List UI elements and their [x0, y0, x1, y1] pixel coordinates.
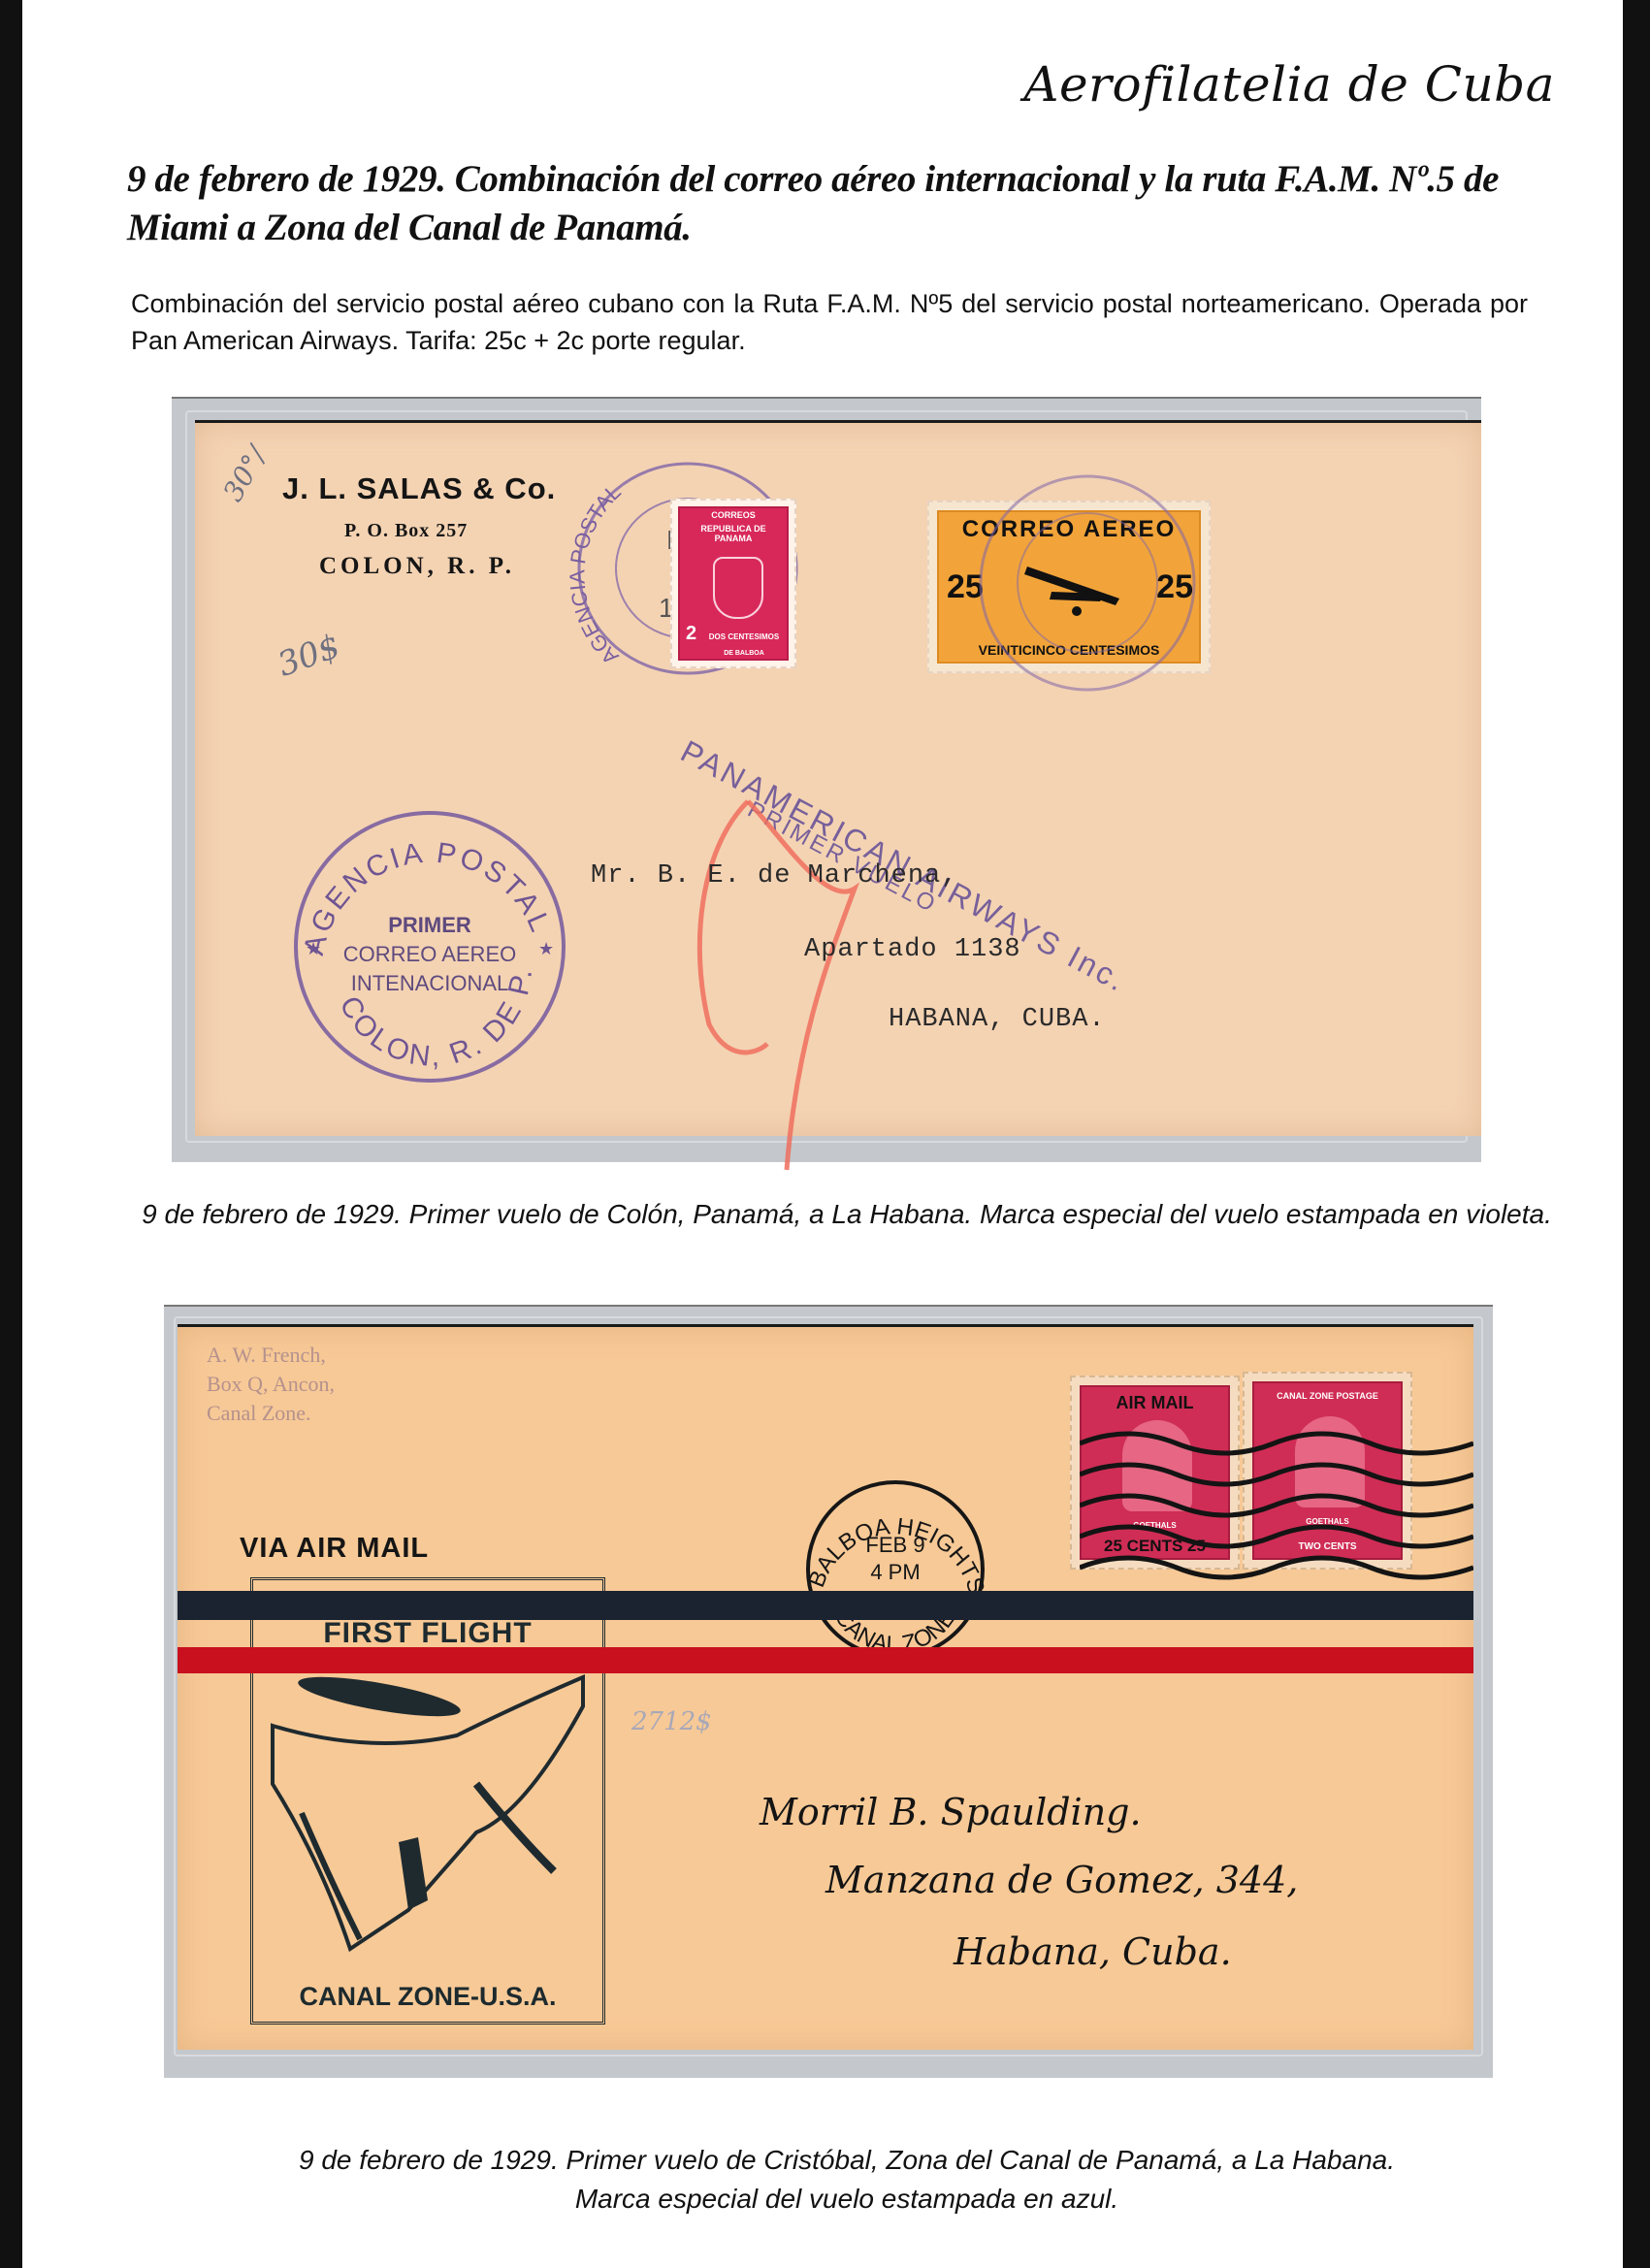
return-address: A. W. French, Box Q, Ancon, Canal Zone.: [207, 1341, 335, 1428]
airmail-stripe-red: [178, 1647, 1473, 1673]
return-address-line: A. W. French,: [207, 1341, 335, 1370]
addressee-line-2: Apartado 1138: [804, 935, 1021, 964]
cover1-envelope: 30°/ J. L. SALAS & Co. P. O. Box 257 COL…: [195, 420, 1481, 1136]
coat-of-arms-icon: [713, 557, 763, 619]
sender-name: J. L. SALAS & Co.: [282, 471, 556, 506]
via-air-mail-label: VIA AIR MAIL: [240, 1533, 429, 1565]
canal-scene-illustration: [263, 1668, 593, 1959]
album-page: Aerofilatelia de Cuba 9 de febrero de 19…: [22, 0, 1623, 2268]
intro-paragraph: Combinación del servicio postal aéreo cu…: [131, 285, 1528, 359]
pencil-price: 30$: [273, 627, 345, 685]
postmark-balboa-heights: BALBOA HEIGHTS CANAL ZONE. FEB 9 4 PM 19…: [798, 1473, 992, 1667]
cover2-sleeve: A. W. French, Box Q, Ancon, Canal Zone. …: [164, 1305, 1493, 2078]
cover2-caption-line1: 9 de febrero de 1929. Primer vuelo de Cr…: [129, 2142, 1565, 2179]
cachet-first-flight: FIRST FLIGHT: [253, 1617, 602, 1650]
svg-text:★: ★: [538, 939, 554, 958]
first-flight-cachet: AIR MAIL FIRST FLIGHT CANAL ZONE-U.S.A.: [250, 1577, 605, 2025]
svg-text:4 PM: 4 PM: [870, 1560, 920, 1584]
addressee-line-1: Morril B. Spaulding.: [760, 1791, 1142, 1833]
addressee-line-3: HABANA, CUBA.: [889, 1005, 1106, 1034]
cover1-caption: 9 de febrero de 1929. Primer vuelo de Co…: [129, 1196, 1565, 1233]
cover2-caption-line2: Marca especial del vuelo estampada en az…: [129, 2181, 1565, 2218]
cover1-sleeve: 30°/ J. L. SALAS & Co. P. O. Box 257 COL…: [172, 397, 1481, 1162]
pencil-note: 30°/: [216, 441, 273, 507]
addressee-line-3: Habana, Cuba.: [954, 1930, 1232, 1973]
svg-text:INTENACIONAL: INTENACIONAL: [351, 971, 509, 995]
stamp-country: REPUBLICA DE PANAMA: [680, 524, 787, 543]
svg-text:FEB 9: FEB 9: [865, 1533, 924, 1557]
cachet-canal-zone-usa: CANAL ZONE-U.S.A.: [253, 1982, 602, 2012]
page-heading: 9 de febrero de 1929. Combinación del co…: [127, 155, 1563, 252]
stamp-sub-text: DE BALBOA: [701, 650, 787, 657]
svg-text:AGENCIA POSTAL: AGENCIA POSTAL: [298, 837, 557, 958]
addressee-line-1: Mr. B. E. de Marchena,: [591, 861, 957, 891]
stamp-panama-2c: CORREOS REPUBLICA DE PANAMA 2 DOS CENTES…: [670, 499, 796, 668]
svg-text:PRIMER: PRIMER: [388, 913, 471, 937]
stamp-country: CANAL ZONE POSTAGE: [1254, 1391, 1401, 1401]
svg-text:CORREO AEREO: CORREO AEREO: [343, 942, 516, 966]
svg-text:★: ★: [306, 939, 321, 958]
stamp-panama-2c-face: CORREOS REPUBLICA DE PANAMA 2 DOS CENTES…: [678, 506, 789, 661]
addressee-line-2: Manzana de Gomez, 344,: [825, 1859, 1298, 1901]
airmail-stripe-dark: [178, 1591, 1473, 1620]
return-address-line: Canal Zone.: [207, 1399, 335, 1428]
scan-edge-left: [0, 0, 22, 2268]
stamp-correos: CORREOS: [680, 510, 787, 520]
sender-box: P. O. Box 257: [344, 520, 468, 542]
page-header-title: Aerofilatelia de Cuba: [1023, 56, 1555, 113]
cover2-envelope: A. W. French, Box Q, Ancon, Canal Zone. …: [178, 1324, 1473, 2050]
overprint-air-mail: AIR MAIL: [1082, 1393, 1228, 1413]
cachet-agencia-postal: AGENCIA POSTAL COLON, R. DE P. PRIMER CO…: [284, 801, 575, 1092]
red-crayon-mark: [602, 792, 893, 1180]
stamp-value: 2: [686, 623, 696, 645]
return-address-line: Box Q, Ancon,: [207, 1370, 335, 1399]
scan-edge-right: [1623, 0, 1650, 2268]
pencil-note: 2712$: [631, 1707, 712, 1736]
postmark-right: [971, 462, 1204, 704]
sender-city: COLON, R. P.: [319, 553, 515, 580]
stamp-value-text: DOS CENTESIMOS: [701, 632, 787, 641]
